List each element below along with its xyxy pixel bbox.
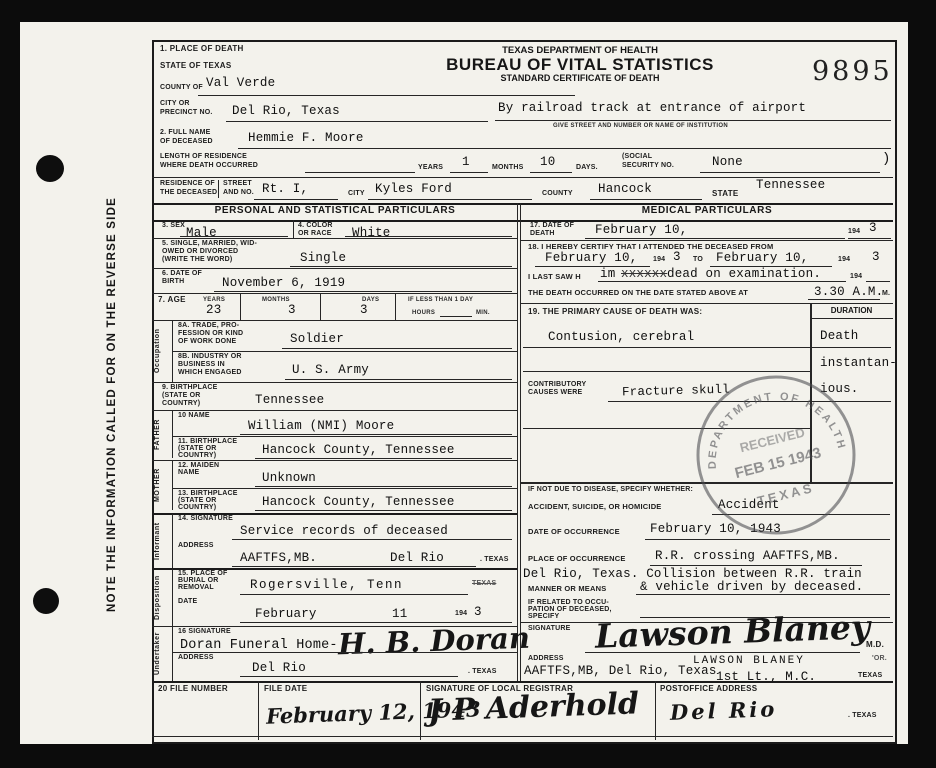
accident-suicide-homicide-label: ACCIDENT, SUICIDE, OR HOMICIDE — [528, 502, 662, 511]
rule — [152, 238, 517, 239]
residence-label-1: RESIDENCE OF — [160, 180, 215, 187]
sex-label: 3. SEX — [162, 222, 185, 229]
mother-birthplace-value: Hancock County, Tennessee — [262, 495, 455, 509]
stamp-texas-text: TEXAS — [756, 480, 816, 509]
rule — [255, 486, 512, 487]
rule — [214, 291, 512, 292]
location-value: By railroad track at entrance of airport — [498, 101, 806, 115]
rule — [293, 220, 294, 238]
undertaker-side-label: Undertaker — [154, 627, 171, 681]
burial-value: Rogersville, Tenn — [250, 578, 403, 592]
margin-note: NOTE THE INFORMATION CALLED FOR ON THE R… — [106, 160, 118, 650]
rule — [240, 434, 512, 435]
death-occurred-label: THE DEATH OCCURRED ON THE DATE STATED AB… — [528, 288, 748, 297]
rule — [345, 236, 512, 237]
rule — [180, 236, 288, 237]
last-saw-struck: xxxxxx — [621, 267, 667, 281]
informant-signature-value: Service records of deceased — [240, 524, 448, 538]
rule — [650, 565, 862, 566]
burial-year-value: 3 — [474, 605, 482, 619]
rule — [172, 514, 173, 568]
rule — [240, 293, 241, 320]
birthplace-label-1: 9. BIRTHPLACE — [162, 384, 218, 391]
related-occupation-label-2: PATION OF DECEASED, — [528, 606, 612, 613]
fullname-value: Hemmie F. Moore — [248, 131, 364, 145]
street-label-2: AND NO. — [223, 189, 254, 196]
burial-label-1: 15. PLACE OF — [178, 570, 227, 577]
place-of-occurrence-value: R.R. crossing AAFTFS,MB. — [655, 549, 840, 563]
marital-label-1: 5. SINGLE, MARRIED, WID- — [162, 240, 257, 247]
scanned-death-certificate: NOTE THE INFORMATION CALLED FOR ON THE R… — [0, 0, 936, 768]
county-value: Val Verde — [206, 76, 275, 90]
rule — [232, 539, 512, 540]
place-of-occurrence-label: PLACE OF OCCURRENCE — [528, 554, 626, 563]
rule — [238, 148, 891, 149]
physician-signature-label: SIGNATURE — [528, 625, 571, 632]
rule — [440, 316, 472, 317]
rule — [636, 594, 890, 595]
related-occupation-label-3: SPECIFY — [528, 613, 559, 620]
min-label: MIN. — [476, 310, 490, 316]
column-divider — [520, 203, 521, 681]
rule — [285, 379, 512, 380]
if-less-than-1-day-label: IF LESS THAN 1 DAY — [408, 297, 473, 303]
industry-label-3: WHICH ENGAGED — [178, 369, 242, 376]
or-fragment-label: 'OR. — [872, 655, 887, 662]
file-date-label: FILE DATE — [264, 684, 307, 693]
rule — [282, 348, 512, 349]
date-of-occurrence-label: DATE OF OCCURRENCE — [528, 527, 620, 536]
rule — [152, 220, 893, 222]
father-side-label: FATHER — [154, 410, 171, 458]
primary-cause-value: Contusion, cerebral — [548, 330, 694, 344]
color-label-2: OR RACE — [298, 230, 332, 237]
age-years-value: 23 — [206, 303, 221, 317]
undertaker-address-state: . TEXAS — [468, 668, 497, 675]
res-city-value: Kyles Ford — [375, 182, 452, 196]
rule — [450, 172, 488, 173]
contributory-label-2: CAUSES WERE — [528, 389, 582, 396]
res-county-value: Hancock — [598, 182, 652, 196]
duration-value-1: Death — [820, 329, 859, 343]
column-divider — [517, 203, 518, 681]
burial-label-3: REMOVAL — [178, 584, 214, 591]
postoffice-label: POSTOFFICE ADDRESS — [660, 684, 757, 693]
father-birthplace-label-3: COUNTRY) — [178, 452, 216, 459]
informant-address-city: Del Rio — [390, 551, 444, 565]
mother-birthplace-label-2: (STATE OR — [178, 497, 216, 504]
trade-value: Soldier — [290, 332, 344, 346]
from-year-value: 3 — [673, 250, 681, 264]
certificate-number: 9895 — [812, 56, 893, 87]
father-birthplace-label-2: (STATE OR — [178, 445, 216, 452]
age-days-value: 3 — [360, 303, 368, 317]
if-not-disease-label: IF NOT DUE TO DISEASE, SPECIFY WHETHER: — [528, 486, 693, 493]
rule — [172, 410, 173, 458]
industry-value: U. S. Army — [292, 363, 369, 377]
rule — [172, 460, 173, 510]
rule — [172, 652, 517, 653]
birthplace-label-2: (STATE OR — [162, 392, 200, 399]
city-label-1: CITY OR — [160, 100, 190, 107]
postoffice-value: Del Rio — [670, 696, 778, 725]
rule — [810, 318, 893, 319]
trade-label-3: OF WORK DONE — [178, 338, 236, 345]
rule — [255, 510, 512, 511]
informant-side-label: Informant — [154, 514, 171, 568]
city-label-2: PRECINCT NO. — [160, 109, 213, 116]
father-birthplace-value: Hancock County, Tennessee — [262, 443, 455, 457]
city-value: Del Rio, Texas — [232, 104, 340, 118]
informant-address-label: ADDRESS — [178, 542, 214, 549]
physician-address-value: AAFTFS,MB, Del Rio, Texas — [524, 664, 717, 678]
age-label: 7. AGE — [158, 295, 186, 304]
months-value: 10 — [540, 155, 555, 169]
years-label: YEARS — [418, 164, 443, 171]
rule — [320, 293, 321, 320]
md-label: M.D. — [866, 640, 884, 649]
rule — [368, 199, 532, 200]
informant-address-state: . TEXAS — [480, 556, 509, 563]
street-value: Rt. I, — [262, 182, 308, 196]
street-label-1: STREET — [223, 180, 252, 187]
bureau-title: BUREAU OF VITAL STATISTICS — [400, 55, 760, 75]
last-saw-label: I LAST SAW H — [528, 272, 581, 281]
residence-label-2: THE DECEASED — [160, 189, 217, 196]
registrar-signature: J P Aderhold — [427, 686, 639, 728]
place-of-death-label: 1. PLACE OF DEATH — [160, 44, 244, 53]
duration-label: DURATION — [812, 306, 891, 315]
marital-label-3: (WRITE THE WORD) — [162, 256, 232, 263]
burial-year-printed: 194 — [455, 610, 467, 617]
trade-label-1: 8A. TRADE, PRO- — [178, 322, 239, 329]
dob-value: November 6, 1919 — [222, 276, 345, 290]
rule — [172, 351, 517, 352]
color-label-1: 4. COLOR — [298, 222, 333, 229]
related-occupation-label-1: IF RELATED TO OCCU- — [528, 599, 609, 606]
age-months-value: 3 — [288, 303, 296, 317]
rule — [152, 268, 517, 269]
medical-section-title: MEDICAL PARTICULARS — [523, 205, 891, 216]
date-of-death-label-2: DEATH — [530, 230, 555, 237]
rule — [152, 681, 893, 683]
rule — [590, 199, 702, 200]
rule — [218, 180, 219, 198]
father-birthplace-label-1: 11. BIRTHPLACE — [178, 438, 237, 445]
industry-label-2: BUSINESS IN — [178, 361, 225, 368]
rule — [530, 172, 572, 173]
days-label: DAYS. — [576, 164, 598, 171]
rule — [585, 652, 860, 653]
rule — [808, 299, 880, 300]
rule — [585, 238, 845, 239]
state-label: STATE OF TEXAS — [160, 61, 231, 70]
rule — [255, 458, 512, 459]
punch-hole — [33, 588, 59, 614]
mother-birthplace-label-1: 13. BIRTHPLACE — [178, 490, 238, 497]
res-state-value: Tennessee — [756, 178, 825, 192]
manner-or-means-value: & vehicle driven by deceased. — [640, 580, 863, 594]
rule — [848, 238, 891, 239]
manner-or-means-label: MANNER OR MEANS — [528, 584, 606, 593]
dod-year-value: 3 — [869, 221, 877, 235]
rule — [240, 594, 468, 595]
file-number-label: 20 FILE NUMBER — [158, 684, 228, 693]
maiden-name-value: Unknown — [262, 471, 316, 485]
burial-date-label: DATE — [178, 598, 197, 605]
residence-length-label-2: WHERE DEATH OCCURRED — [160, 162, 258, 169]
from-year-printed: 194 — [653, 256, 665, 263]
attended-from-date: February 10, — [545, 251, 637, 265]
punch-hole — [36, 155, 64, 182]
close-paren: ) — [882, 151, 891, 167]
rule — [172, 627, 173, 681]
rule — [521, 303, 893, 304]
mother-birthplace-label-3: COUNTRY) — [178, 504, 216, 511]
marital-label-2: OWED OR DIVORCED — [162, 248, 238, 255]
attended-to-date: February 10, — [716, 251, 808, 265]
rule — [226, 121, 488, 122]
rule — [240, 676, 458, 677]
location-hint: GIVE STREET AND NUMBER OR NAME OF INSTIT… — [553, 123, 728, 129]
rule — [523, 347, 891, 348]
rule — [152, 410, 517, 411]
rule — [254, 199, 338, 200]
residence-length-label-1: LENGTH OF RESIDENCE — [160, 153, 247, 160]
undertaker-typed-value: Doran Funeral Home- — [180, 638, 338, 653]
birthplace-label-3: COUNTRY) — [162, 400, 200, 407]
dod-year-printed: 194 — [848, 228, 860, 235]
father-name-label: 10 NAME — [178, 412, 210, 419]
maiden-name-label-2: NAME — [178, 469, 199, 476]
rule — [395, 293, 396, 320]
mother-side-label: MOTHER — [154, 460, 171, 510]
date-of-death-label-1: 17. DATE OF — [530, 222, 574, 229]
time-of-death-value: 3.30 A.M. — [814, 285, 883, 299]
rule — [172, 569, 173, 626]
ssn-value: None — [712, 155, 743, 169]
rule — [152, 382, 517, 383]
rule — [700, 172, 880, 173]
years-value: 1 — [462, 155, 470, 169]
age-months-label: MONTHS — [262, 297, 290, 303]
undertaker-signature-script: H. B. Doran — [337, 621, 530, 662]
rule — [305, 172, 415, 173]
rule — [495, 120, 891, 121]
dob-label-1: 6. DATE OF — [162, 270, 202, 277]
last-saw-year-printed: 194 — [850, 273, 862, 280]
physician-address-label: ADDRESS — [528, 655, 564, 662]
burial-day-value: 11 — [392, 607, 407, 621]
industry-label-1: 8B. INDUSTRY OR — [178, 353, 242, 360]
trade-label-2: FESSION OR KIND — [178, 330, 243, 337]
res-state-label: STATE — [712, 189, 739, 198]
ssn-label-2: SECURITY NO. — [622, 162, 674, 169]
ssn-label-1: (SOCIAL — [622, 153, 652, 160]
burial-month-value: February — [255, 607, 317, 621]
rule — [198, 95, 575, 96]
dob-label-2: BIRTH — [162, 278, 184, 285]
rule — [521, 240, 893, 241]
rule — [172, 488, 517, 489]
primary-cause-label: 19. THE PRIMARY CAUSE OF DEATH WAS: — [528, 307, 702, 316]
to-year-value: 3 — [872, 250, 880, 264]
undertaker-signature-label: 16 SIGNATURE — [178, 628, 231, 635]
disposition-side-label: Disposition — [154, 569, 171, 626]
physician-name-typed: LAWSON BLANEY — [693, 655, 805, 667]
maiden-name-label-1: 12. MAIDEN — [178, 462, 219, 469]
months-label: MONTHS — [492, 164, 524, 171]
rule — [172, 436, 517, 437]
burial-label-2: BURIAL OR — [178, 577, 219, 584]
father-name-value: William (NMI) Moore — [248, 419, 394, 433]
res-city-label: CITY — [348, 190, 365, 197]
informant-signature-label: 14. SIGNATURE — [178, 515, 233, 522]
birthplace-value: Tennessee — [255, 393, 324, 407]
hours-label: HOURS — [412, 310, 435, 316]
fullname-label-2: OF DECEASED — [160, 138, 213, 145]
rule — [152, 320, 517, 321]
rule — [655, 681, 656, 740]
date-of-death-value: February 10, — [595, 223, 687, 237]
m-label: M. — [882, 290, 890, 297]
undertaker-address-label: ADDRESS — [178, 654, 214, 661]
postoffice-state-label: . TEXAS — [848, 712, 877, 719]
informant-address-value: AAFTFS,MB. — [240, 551, 317, 565]
rule — [866, 281, 890, 282]
fullname-label-1: 2. FULL NAME — [160, 129, 211, 136]
burial-struck-texas: TEXAS — [472, 580, 496, 587]
certify-statement: 18. I HEREBY CERTIFY THAT I ATTENDED THE… — [528, 242, 773, 251]
undertaker-address-value: Del Rio — [252, 661, 306, 675]
rule — [258, 681, 259, 740]
rule — [290, 266, 512, 267]
last-saw-typed: im — [600, 267, 615, 281]
to-year-printed: 194 — [838, 256, 850, 263]
county-label: COUNTY OF — [160, 84, 203, 91]
contributory-label-1: CONTRIBUTORY — [528, 381, 586, 388]
res-county-label: COUNTY — [542, 190, 573, 197]
place-of-occurrence-value-2: Del Rio, Texas. Collision between R.R. t… — [523, 567, 862, 581]
to-label: TO — [693, 256, 703, 263]
physician-texas-label: TEXAS — [858, 672, 882, 679]
rule — [152, 293, 517, 294]
rule — [152, 736, 893, 737]
rule — [232, 566, 476, 567]
rule — [152, 460, 517, 461]
marital-value: Single — [300, 251, 346, 265]
rule — [598, 281, 846, 282]
personal-section-title: PERSONAL AND STATISTICAL PARTICULARS — [160, 205, 510, 216]
certificate-title: STANDARD CERTIFICATE OF DEATH — [420, 73, 740, 83]
occupation-side-label: Occupation — [154, 320, 171, 382]
last-saw-rest: dead on examination. — [667, 267, 821, 281]
